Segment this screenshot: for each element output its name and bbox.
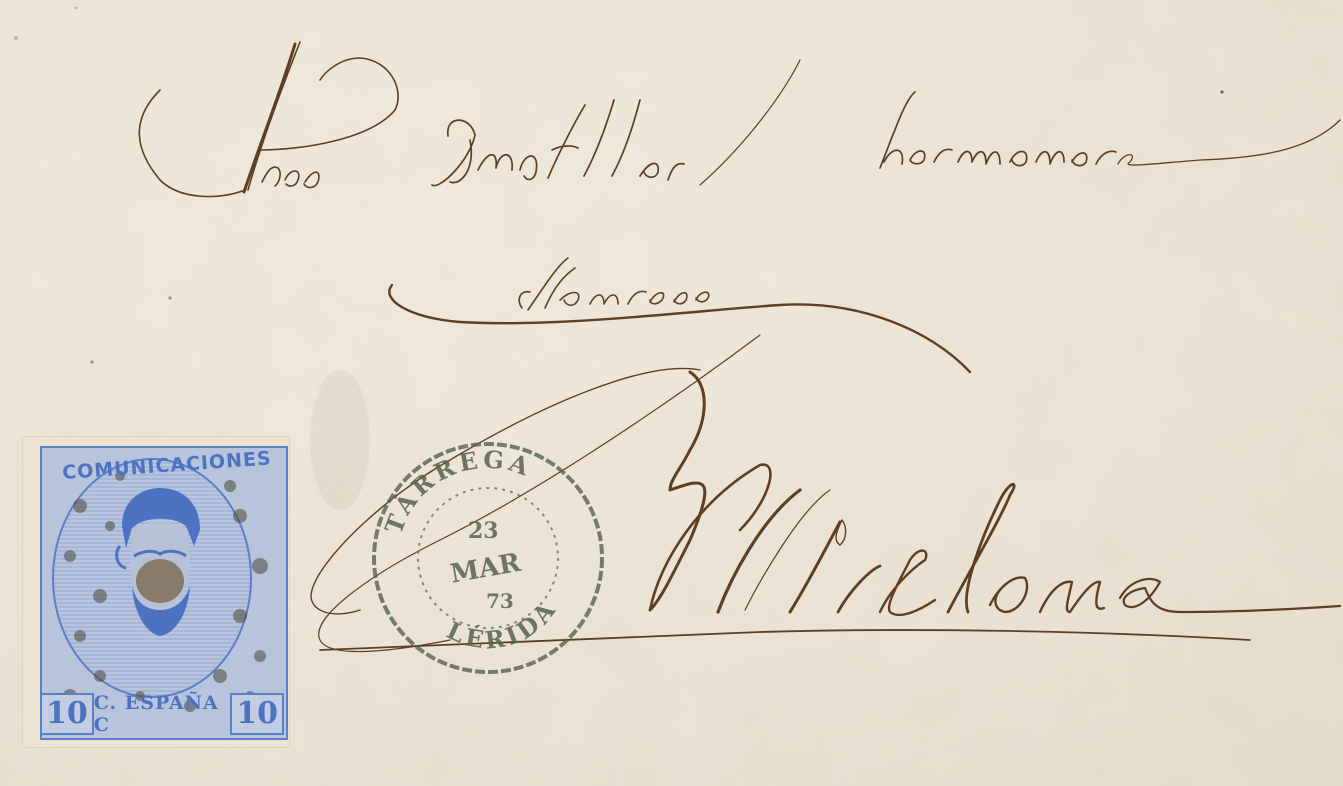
- postmark-year: 73: [486, 589, 514, 613]
- stamp-portrait: [104, 486, 208, 636]
- stamp-value-left: 10: [40, 693, 94, 735]
- postal-cover: COMUNICACIONES 10 C. ESPAÑA C 10 TÁRREGA…: [0, 0, 1343, 786]
- handwriting-hermanos: [880, 92, 1340, 168]
- stamp-bottom-row: 10 C. ESPAÑA C 10: [40, 692, 284, 736]
- handwriting-manresa: [389, 258, 970, 372]
- stamp-value-right: 10: [230, 693, 284, 735]
- postmark-day: 23: [468, 518, 499, 544]
- postage-stamp: COMUNICACIONES 10 C. ESPAÑA C 10: [22, 436, 290, 748]
- stamp-country: C. ESPAÑA C: [94, 692, 231, 736]
- handwriting-sres: [139, 42, 398, 197]
- postmark-town: TÁRREGA: [379, 444, 537, 537]
- postmark: TÁRREGA LÉRIDA 23 MAR 73: [368, 438, 608, 678]
- postmark-month: MAR: [448, 548, 523, 590]
- handwriting-amatller: [432, 60, 800, 186]
